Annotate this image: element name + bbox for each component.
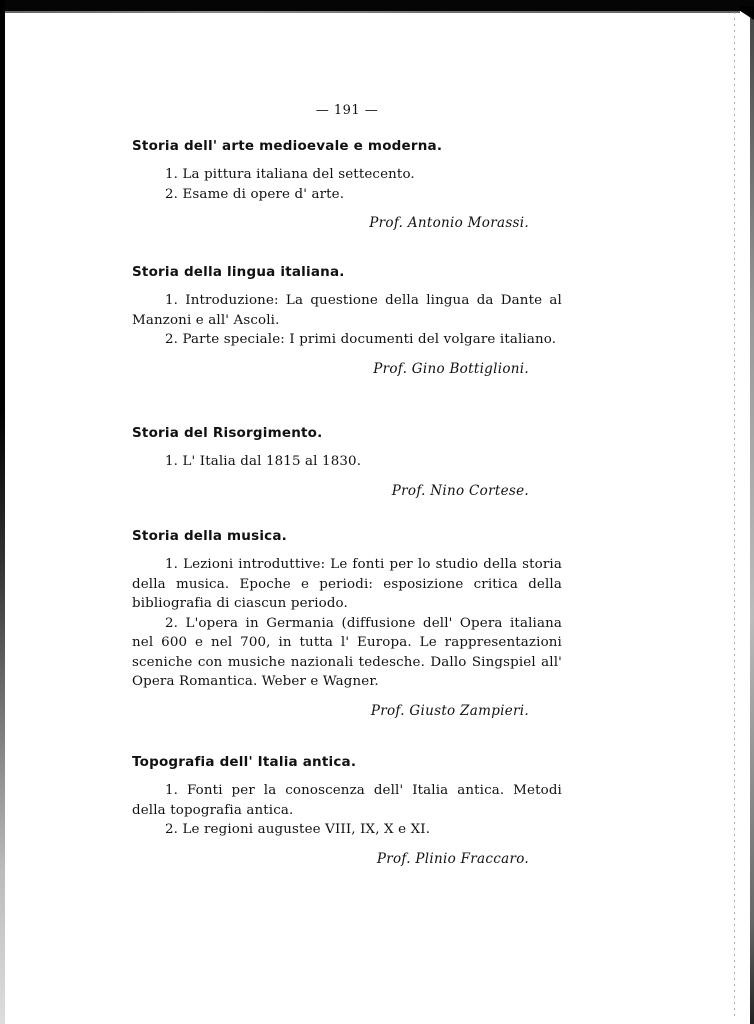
section-title: Storia della musica. (132, 527, 562, 545)
section-storia-risorgimento: Storia del Risorgimento. 1. L' Italia da… (132, 424, 562, 501)
section-title: Storia dell' arte medioevale e moderna. (132, 137, 562, 155)
section-storia-lingua: Storia della lingua italiana. 1. Introdu… (132, 263, 562, 379)
section-storia-musica: Storia della musica. 1. Lezioni introdut… (132, 527, 562, 721)
course-item: 2. Le regioni augustee VIII, IX, X e XI. (132, 820, 562, 840)
course-item: 1. Lezioni introduttive: Le fonti per lo… (132, 555, 562, 614)
scan-border-left (0, 0, 5, 1024)
course-item: 2. L'opera in Germania (diffusione dell'… (132, 614, 562, 692)
scan-border-top (0, 0, 754, 11)
course-item: 1. La pittura italiana del settecento. (132, 165, 562, 185)
professor-name: Prof. Nino Cortese. (132, 482, 562, 501)
section-topografia: Topografia dell' Italia antica. 1. Fonti… (132, 753, 562, 869)
scan-corner-fold (738, 6, 754, 20)
section-title: Storia del Risorgimento. (132, 424, 562, 442)
course-item: 2. Parte speciale: I primi documenti del… (132, 330, 562, 350)
section-title: Topografia dell' Italia antica. (132, 753, 562, 771)
course-item: 2. Esame di opere d' arte. (132, 185, 562, 205)
course-item: 1. L' Italia dal 1815 al 1830. (132, 452, 562, 472)
scan-border-top-rule (0, 11, 740, 13)
course-item: 1. Fonti per la conoscenza dell' Italia … (132, 781, 562, 820)
section-title: Storia della lingua italiana. (132, 263, 562, 281)
section-storia-arte: Storia dell' arte medioevale e moderna. … (132, 137, 562, 233)
page-number: — 191 — (132, 103, 562, 118)
course-item: 1. Introduzione: La questione della ling… (132, 291, 562, 330)
professor-name: Prof. Gino Bottiglioni. (132, 360, 562, 379)
scan-dotted-margin (734, 12, 735, 1017)
professor-name: Prof. Giusto Zampieri. (132, 702, 562, 721)
professor-name: Prof. Plinio Fraccaro. (132, 850, 562, 869)
professor-name: Prof. Antonio Morassi. (132, 214, 562, 233)
scan-border-right (750, 10, 754, 1024)
